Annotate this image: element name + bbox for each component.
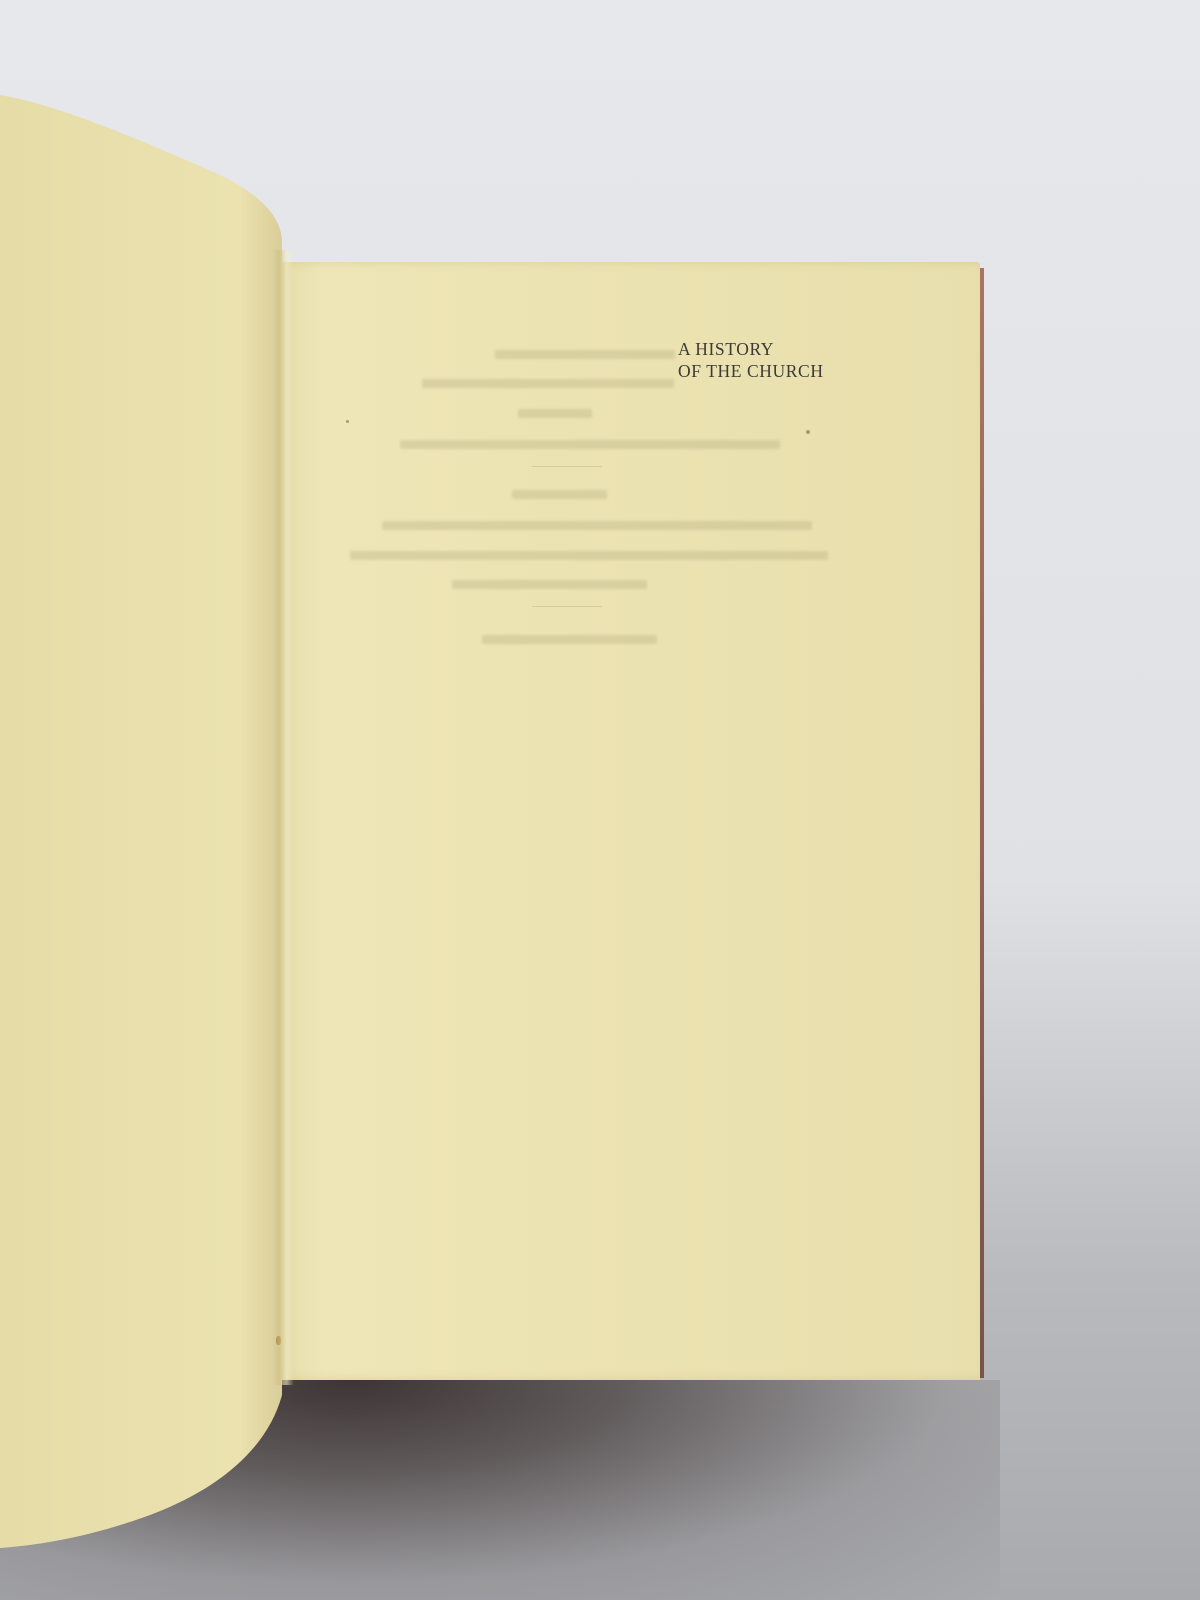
book-gutter <box>272 250 294 1385</box>
left-page <box>0 0 290 1600</box>
photo-scene: A HISTORY OF THE CHURCH <box>0 0 1200 1600</box>
title-line-2: OF THE CHURCH <box>678 360 824 382</box>
title-line-1: A HISTORY <box>678 338 824 360</box>
left-page-shape <box>0 0 300 1600</box>
paper-speck <box>346 420 349 423</box>
paper-speck <box>806 430 810 434</box>
cover-edge <box>980 268 984 1378</box>
book-title: A HISTORY OF THE CHURCH <box>678 338 824 382</box>
right-page: A HISTORY OF THE CHURCH <box>282 262 980 1380</box>
